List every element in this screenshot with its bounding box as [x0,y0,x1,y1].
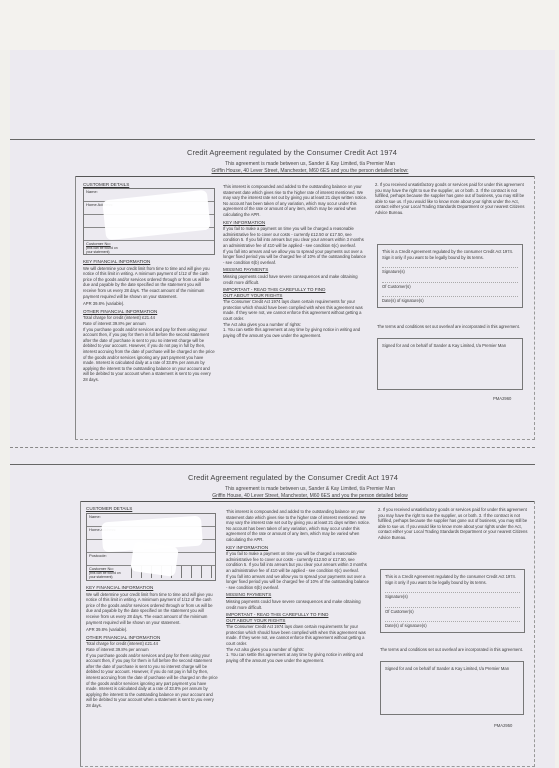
column-left: CUSTOMER DETAILS [86,506,216,513]
parties-line-2: Griffin House, 40 Lever Street, Manchest… [150,493,470,499]
rights-text: 2. If you received unsatisfactory goods … [375,182,525,216]
other-financial-heading: OTHER FINANCIAL INFORMATION [86,635,218,641]
signature-box: This is a Credit Agreement regulated by … [380,569,525,633]
top-rule [10,464,535,465]
customer-details-heading: CUSTOMER DETAILS [83,182,213,188]
customer-line[interactable]: Of Customer(s) [382,282,518,290]
important-heading: IMPORTANT - READ THIS CAREFULLY TO FIND … [223,287,333,298]
signature-notice: This is a Credit Agreement regulated by … [385,574,520,585]
postcode-label: Postcode: [89,553,107,558]
key-information-heading: KEY INFORMATION [223,220,368,226]
form-title: Credit Agreement regulated by the Consum… [188,473,398,482]
important-text-3: 1. You can settle this agreement at any … [226,652,371,663]
customer-details-heading: CUSTOMER DETAILS [86,506,216,512]
important-text-1: The Consumer Credit Act 1974 lays down c… [223,299,368,321]
signature-box: This is a Credit Agreement regulated by … [377,244,523,308]
other-financial-heading: OTHER FINANCIAL INFORMATION [83,309,215,315]
signed-for-text: Signed for and on behalf of Sander & Kay… [382,343,518,349]
credit-agreement-form-1: Credit Agreement regulated by the Consum… [75,140,535,440]
other-financial-text: If you purchase goods and/or services an… [83,327,215,383]
key-information-heading: KEY INFORMATION [226,545,371,551]
terms-text: The terms and conditions set out overlea… [380,647,528,653]
date-line[interactable]: Date(s) of signature(s) [385,621,520,629]
customer-details-box: Name: Home Address: Customer No: (this c… [83,188,215,255]
key-financial-heading: KEY FINANCIAL INFORMATION [86,585,218,591]
signature-line[interactable]: Signature(s) [385,592,520,600]
top-rule [10,139,535,140]
interest-text: This interest is compounded and added to… [226,509,371,543]
date-line[interactable]: Date(s) of signature(s) [382,296,518,304]
interest-text: This interest is compounded and added to… [223,184,368,218]
apr-text: APR 39.8% (variable). [83,301,215,307]
form-title: Credit Agreement regulated by the Consum… [187,148,397,157]
parties-line-2: Griffin House, 40 Lever Street, Manchest… [150,168,470,174]
key-financial-heading: KEY FINANCIAL INFORMATION [83,259,215,265]
form-code: PMA2960 [493,396,511,401]
missing-payments-text: Missing payments could have severe conse… [223,274,368,285]
key-information-text-1: If you fail to make a payment on time yo… [223,226,368,248]
parties-line-1: This agreement is made between us, Sande… [165,486,455,492]
column-middle: This interest is compounded and added to… [226,509,371,665]
customer-line[interactable]: Of Customer(s) [385,607,520,615]
column-right: 2. If you received unsatisfactory goods … [378,507,528,543]
customer-no-hint: (this can be found on your statement) [89,571,127,579]
rights-text: 2. If you received unsatisfactory goods … [378,507,528,541]
customer-details-box: Name: Home Address: Postcode: Customer N… [86,513,216,581]
terms-note: The terms and conditions set out overlea… [380,647,528,655]
credit-agreement-form-2: Credit Agreement regulated by the Consum… [80,465,535,767]
signature-line[interactable]: Signature(s) [382,267,518,275]
missing-payments-text: Missing payments could have severe conse… [226,599,371,610]
key-financial-text: We will determine your credit limit from… [86,592,218,626]
name-label: Name: [89,514,101,519]
form-code: PMA2950 [494,723,512,728]
company-signature-box[interactable]: Signed for and on behalf of Sander & Kay… [377,338,523,390]
name-label: Name: [86,189,98,194]
key-financial-text: We will determine your credit limit from… [83,266,215,300]
company-signature-box[interactable]: Signed for and on behalf of Sander & Kay… [380,661,524,715]
signed-for-text: Signed for and on behalf of Sander & Kay… [385,666,519,672]
redaction-scribble [130,541,179,577]
terms-note: The terms and conditions set out overlea… [377,324,525,332]
important-heading: IMPORTANT - READ THIS CAREFULLY TO FIND … [226,612,336,623]
scanner-margin [0,0,559,50]
financial-info-column: KEY FINANCIAL INFORMATION We will determ… [83,257,215,384]
customer-no-field[interactable]: Customer No: (this can be found on your … [84,241,214,257]
important-text-3: 1. You can settle this agreement at any … [223,327,368,338]
column-middle: This interest is compounded and added to… [223,184,368,340]
missing-payments-heading: MISSING PAYMENTS [226,592,371,598]
column-right: 2. If you received unsatisfactory goods … [375,182,525,218]
other-financial-text: If you purchase goods and/or services an… [86,653,218,709]
customer-no-hint: (this can be found on your statement) [86,246,124,254]
key-information-text-2: If you fall into arrears and we allow yo… [226,574,371,591]
parties-line-1: This agreement is made between us, Sande… [165,161,455,167]
apr-text: APR 39.8% (variable). [86,627,218,633]
key-information-text-2: If you fall into arrears and we allow yo… [223,249,368,266]
signature-notice: This is a Credit Agreement regulated by … [382,249,518,260]
missing-payments-heading: MISSING PAYMENTS [223,267,368,273]
important-text-1: The Consumer Credit Act 1974 lays down c… [226,624,371,646]
terms-text: The terms and conditions set out overlea… [377,324,525,330]
cut-line [10,447,535,449]
financial-info-column: KEY FINANCIAL INFORMATION We will determ… [86,583,218,710]
key-information-text-1: If you fail to make a payment on time yo… [226,551,371,573]
